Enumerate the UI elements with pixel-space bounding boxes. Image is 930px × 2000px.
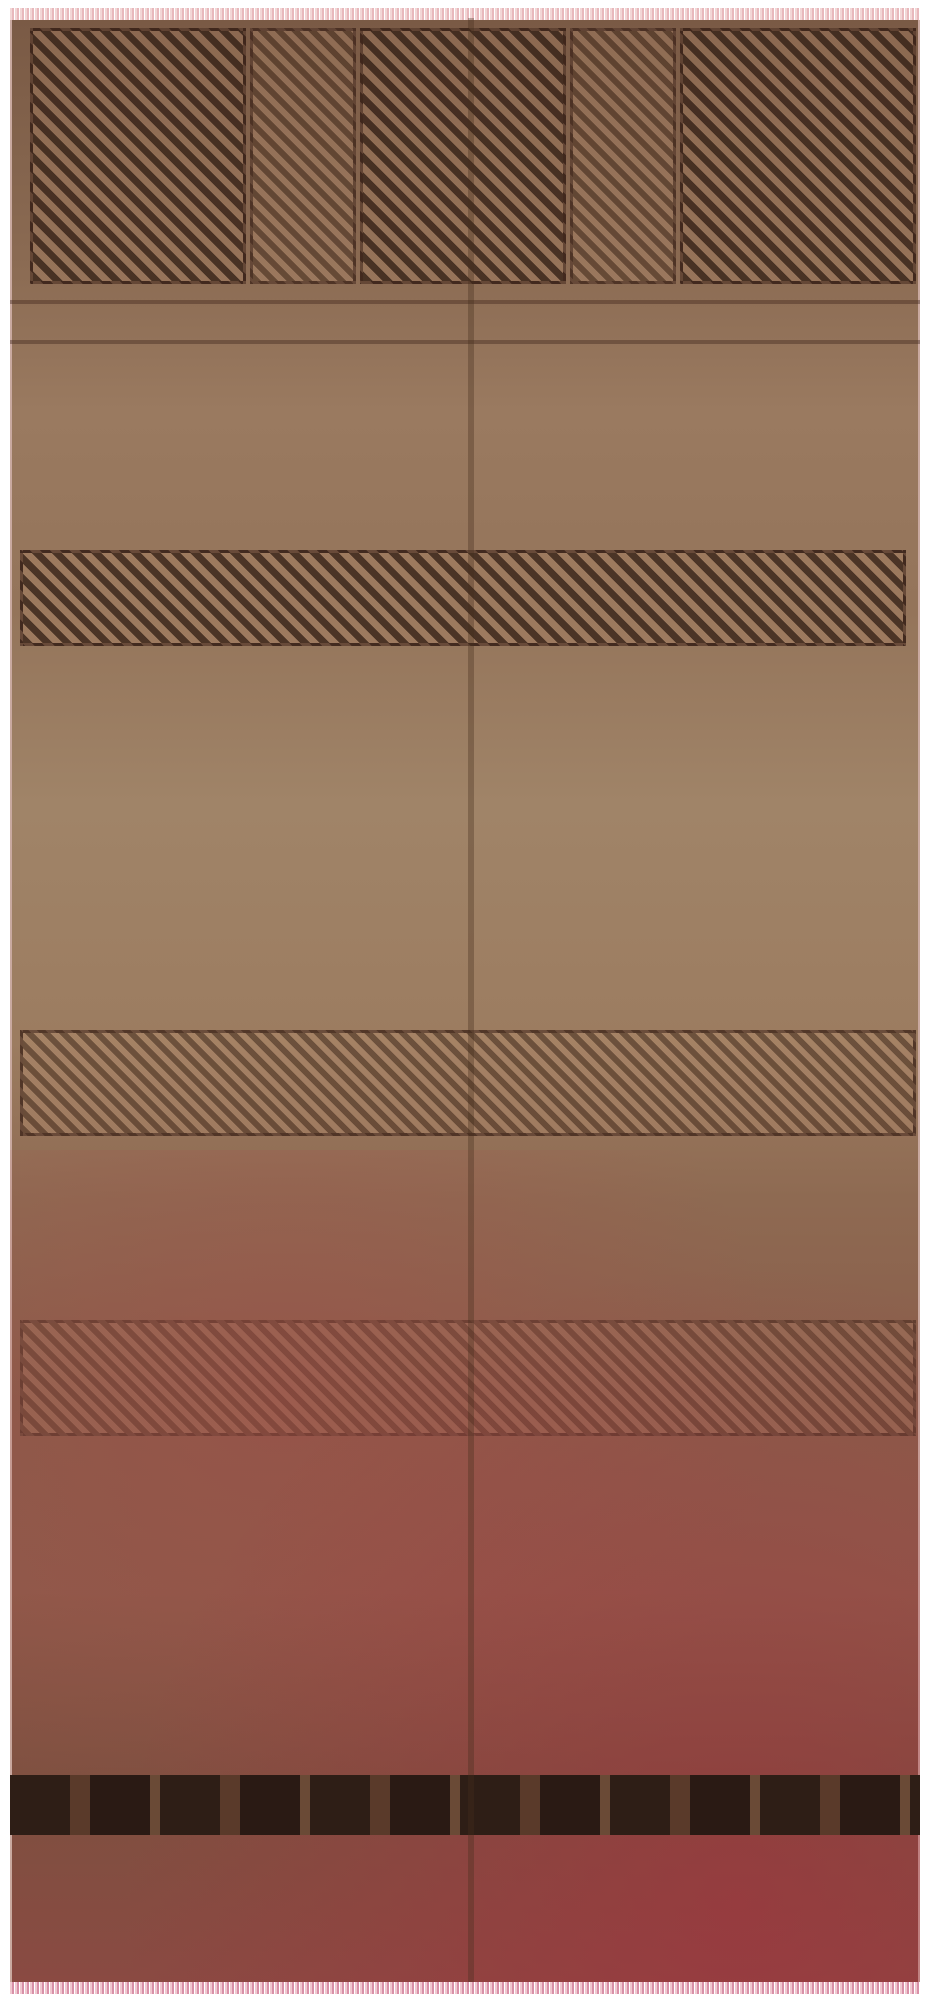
top-medallion-panel-1: [30, 28, 246, 284]
top-border-column-2: [570, 28, 676, 284]
bottom-fringe: [10, 1982, 920, 1994]
stripe: [10, 340, 920, 344]
stripe: [10, 300, 920, 304]
center-fold-line: [468, 18, 474, 1986]
bottom-dark-band: [10, 1775, 920, 1835]
red-fade-wash: [10, 1150, 920, 1986]
top-border-column-1: [250, 28, 356, 284]
top-fringe: [10, 8, 920, 20]
mid-band-panel-1: [20, 550, 906, 646]
top-medallion-panel-3: [680, 28, 916, 284]
top-medallion-panel-2: [360, 28, 566, 284]
